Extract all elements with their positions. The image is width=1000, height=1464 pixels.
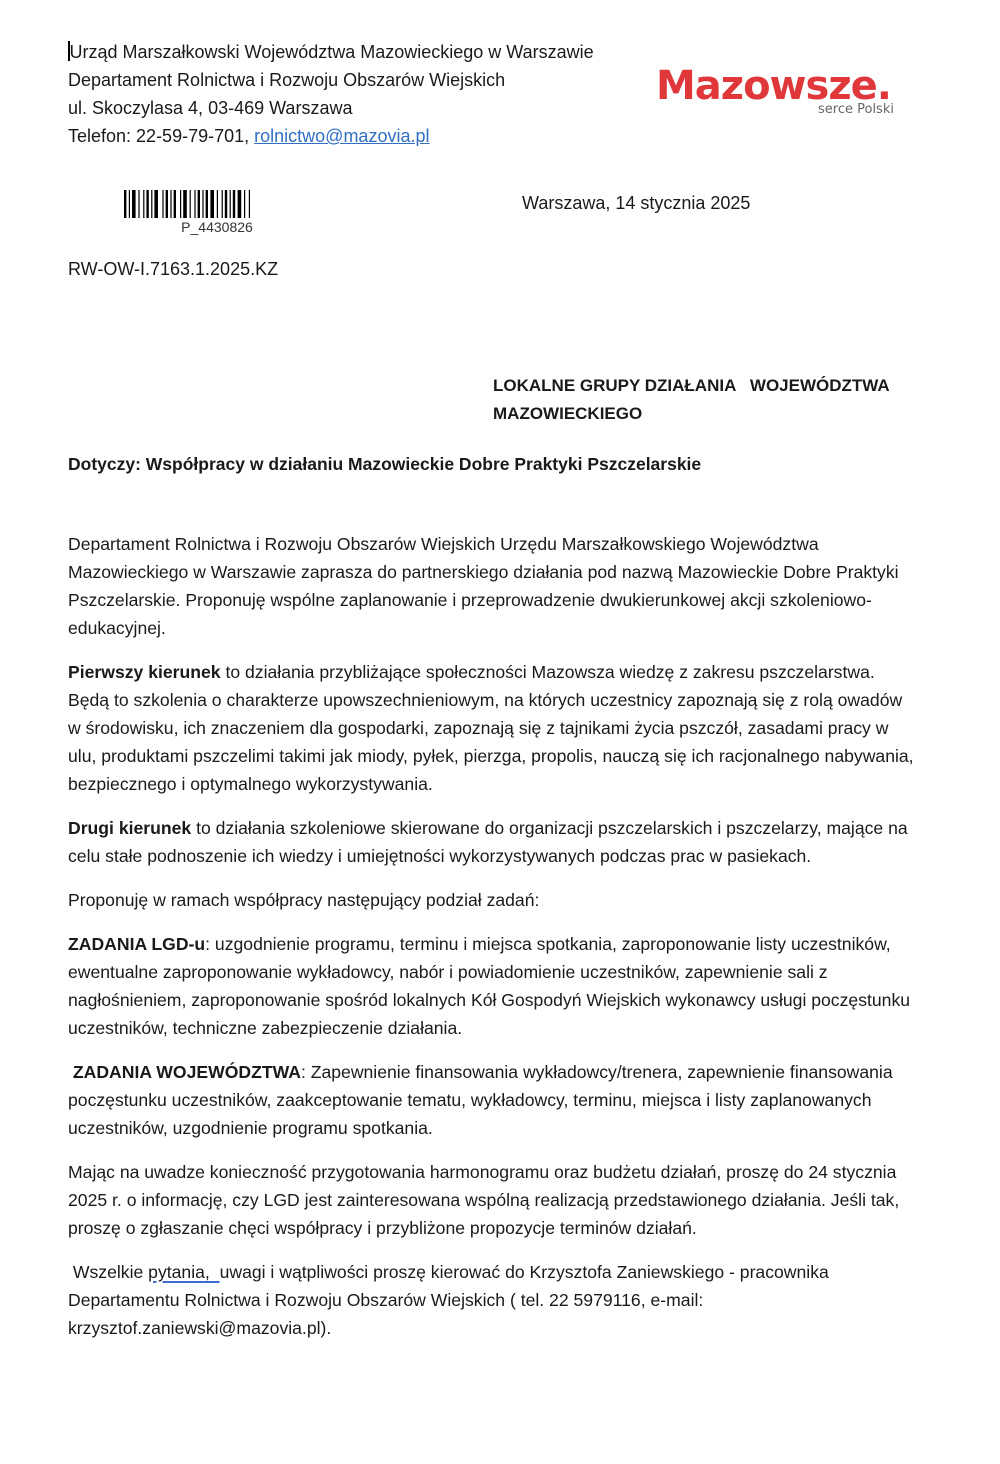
recipient-line-1: LOKALNE GRUPY DZIAŁANIA WOJEWÓDZTWA bbox=[493, 372, 933, 400]
grammar-flag[interactable]: pytania, bbox=[148, 1262, 219, 1282]
sender-address: ul. Skoczylasa 4, 03-469 Warszawa bbox=[68, 94, 594, 122]
letter-body: Departament Rolnictwa i Rozwoju Obszarów… bbox=[68, 530, 918, 1358]
paragraph-task-split: Proponuję w ramach współpracy następując… bbox=[68, 886, 918, 914]
sender-phone: Telefon: 22-59-79-701, rolnictwo@mazovia… bbox=[68, 122, 594, 150]
reference-number: RW-OW-I.7163.1.2025.KZ bbox=[68, 259, 278, 280]
mazowsze-logo: Mazowsze. serce Polski bbox=[656, 62, 906, 122]
barcode-label: P_4430826 bbox=[124, 219, 310, 235]
recipient: LOKALNE GRUPY DZIAŁANIA WOJEWÓDZTWA MAZO… bbox=[493, 372, 933, 428]
sender-header: Urząd Marszałkowski Województwa Mazowiec… bbox=[68, 38, 594, 150]
logo-tagline: serce Polski bbox=[818, 102, 894, 117]
paragraph-intro: Departament Rolnictwa i Rozwoju Obszarów… bbox=[68, 530, 918, 642]
sender-office: Urząd Marszałkowski Województwa Mazowiec… bbox=[68, 38, 594, 66]
paragraph-voivodeship-tasks: ZADANIA WOJEWÓDZTWA: Zapewnienie finanso… bbox=[68, 1058, 918, 1142]
recipient-line-2: MAZOWIECKIEGO bbox=[493, 400, 933, 428]
sender-department: Departament Rolnictwa i Rozwoju Obszarów… bbox=[68, 66, 594, 94]
letter-date: Warszawa, 14 stycznia 2025 bbox=[522, 193, 750, 214]
paragraph-first-direction: Pierwszy kierunek to działania przybliża… bbox=[68, 658, 918, 798]
sender-email-link[interactable]: rolnictwo@mazovia.pl bbox=[254, 126, 429, 146]
subject-line: Dotyczy: Współpracy w działaniu Mazowiec… bbox=[68, 454, 701, 475]
paragraph-contact: Wszelkie pytania, uwagi i wątpliwości pr… bbox=[68, 1258, 918, 1342]
paragraph-lgd-tasks: ZADANIA LGD-u: uzgodnienie programu, ter… bbox=[68, 930, 918, 1042]
paragraph-request: Mając na uwadze konieczność przygotowani… bbox=[68, 1158, 918, 1242]
paragraph-second-direction: Drugi kierunek to działania szkoleniowe … bbox=[68, 814, 918, 870]
barcode-icon bbox=[124, 190, 310, 218]
